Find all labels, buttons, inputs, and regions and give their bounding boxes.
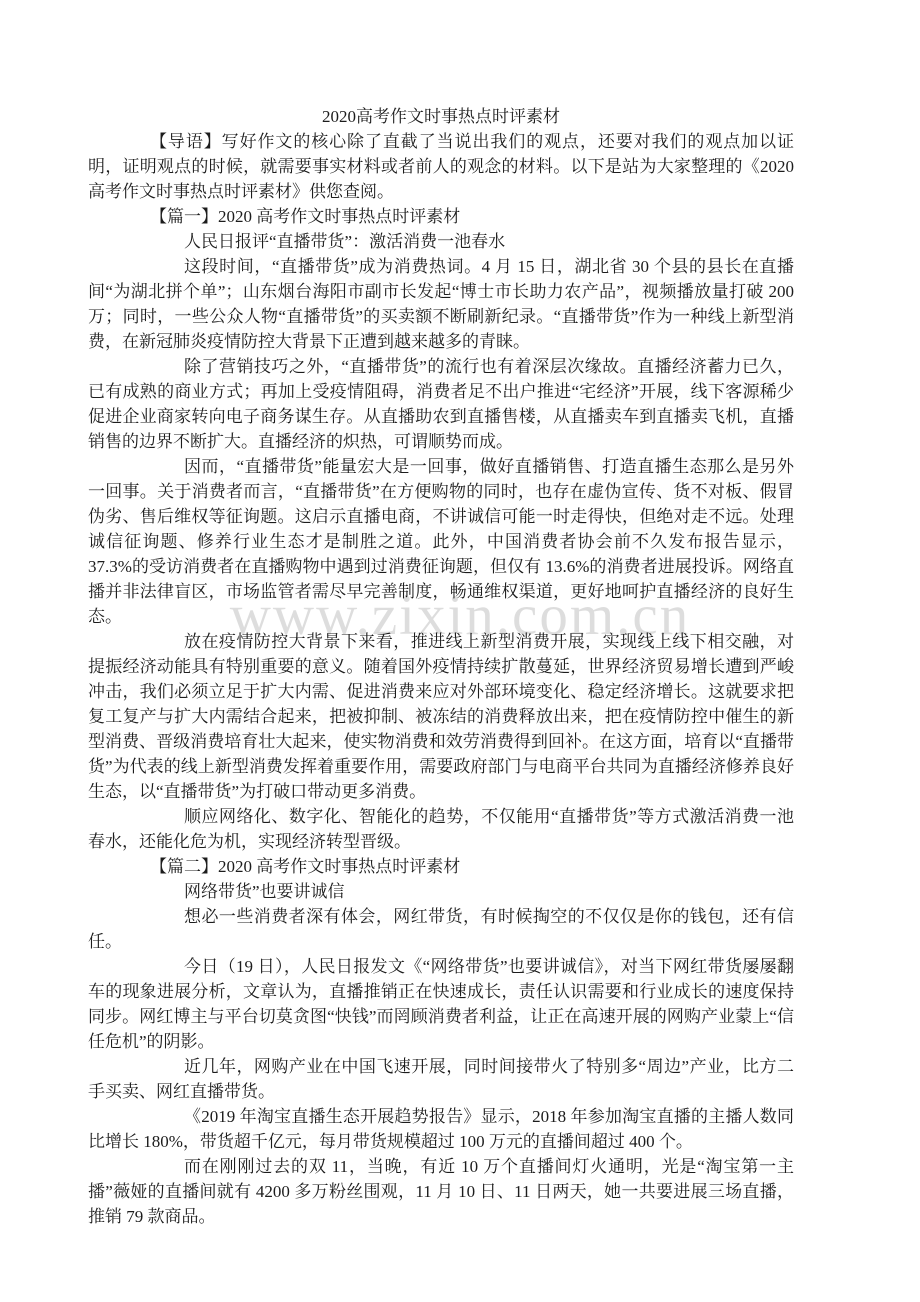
- paragraphs-container: 【导语】写好作文的核心除了直截了当说出我们的观点，还要对我们的观点加以证明，证明…: [88, 129, 794, 1229]
- paragraph-body: 想必一些消费者深有体会，网红带货，有时候掏空的不仅仅是你的钱包，还有信任。: [88, 904, 794, 954]
- paragraph-section: 【篇二】2020 高考作文时事热点时评素材: [88, 854, 794, 879]
- paragraph-body: 而在刚刚过去的双 11，当晚，有近 10 万个直播间灯火通明，光是“淘宝第一主播…: [88, 1154, 794, 1229]
- paragraph-intro: 【导语】写好作文的核心除了直截了当说出我们的观点，还要对我们的观点加以证明，证明…: [88, 129, 794, 204]
- document-page: www.zixin.com.cn 2020高考作文时事热点时评素材 【导语】写好…: [0, 0, 920, 1302]
- page-title: 2020高考作文时事热点时评素材: [88, 104, 794, 129]
- paragraph-body: 这段时间，“直播带货”成为消费热词。4 月 15 日，湖北省 30 个县的县长在…: [88, 254, 794, 354]
- paragraph-body: 《2019 年淘宝直播生态开展趋势报告》显示，2018 年参加淘宝直播的主播人数…: [88, 1104, 794, 1154]
- paragraph-body: 因而，“直播带货”能量宏大是一回事，做好直播销售、打造直播生态那么是另外一回事。…: [88, 454, 794, 629]
- paragraph-body: 人民日报评“直播带货”：激活消费一池春水: [88, 229, 794, 254]
- paragraph-body: 近几年，网购产业在中国飞速开展，同时间接带火了特别多“周边”产业，比方二手买卖、…: [88, 1054, 794, 1104]
- paragraph-section: 【篇一】2020 高考作文时事热点时评素材: [88, 204, 794, 229]
- paragraph-body: 除了营销技巧之外，“直播带货”的流行也有着深层次缘故。直播经济蓄力已久，已有成熟…: [88, 354, 794, 454]
- document-content: 2020高考作文时事热点时评素材 【导语】写好作文的核心除了直截了当说出我们的观…: [88, 104, 794, 1229]
- paragraph-body: 顺应网络化、数字化、智能化的趋势，不仅能用“直播带货”等方式激活消费一池春水，还…: [88, 804, 794, 854]
- paragraph-body: 网络带货”也要讲诚信: [88, 879, 794, 904]
- paragraph-body: 放在疫情防控大背景下来看，推进线上新型消费开展，实现线上线下相交融，对提振经济动…: [88, 629, 794, 804]
- paragraph-body: 今日（19 日），人民日报发文《“网络带货”也要讲诚信》，对当下网红带货屡屡翻车…: [88, 954, 794, 1054]
